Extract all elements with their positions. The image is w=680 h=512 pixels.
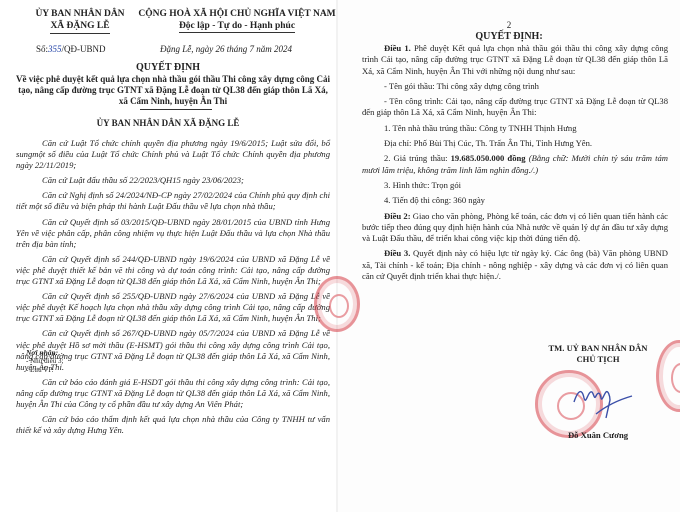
article-2: Điều 2: Giao cho văn phòng, Phòng kế toá… [362, 211, 668, 245]
signature-block: TM. UỶ BAN NHÂN DÂN CHỦ TỊCH [528, 343, 668, 365]
winning-price: 2. Giá trúng thầu: 19.685.050.000 đồng (… [362, 153, 668, 176]
package-name: - Tên gói thầu: Thi công xây dựng công t… [362, 81, 668, 92]
number-value: 355 [48, 44, 62, 54]
article-1: Điều 1. Phê duyệt Kết quả lựa chọn nhà t… [362, 43, 668, 77]
recipient-item: - Lưu VP. [26, 366, 63, 375]
article-1-label: Điều 1. [384, 43, 411, 53]
recipient-item: - Như điều 3; [26, 357, 63, 366]
basis-item: Căn cứ Nghị định số 24/2024/NĐ-CP ngày 2… [16, 190, 330, 212]
document-title: QUYẾT ĐỊNH [0, 62, 336, 73]
basis-item: Căn cứ Luật Tổ chức chính quyền địa phươ… [16, 138, 330, 171]
basis-item: Căn cứ báo cáo thẩm định kết quả lựa chọ… [16, 414, 330, 436]
document-subject: Về việc phê duyệt kết quả lựa chọn nhà t… [14, 74, 332, 107]
decision-number: Số:355/QĐ-UBND [36, 44, 106, 54]
number-prefix: Số: [36, 44, 48, 54]
price-label: 2. Giá trúng thầu: [384, 153, 451, 163]
basis-item: Căn cứ báo cáo đánh giá E-HSDT gói thầu … [16, 377, 330, 410]
winning-contractor: 1. Tên nhà thầu trúng thầu: Công ty TNHH… [362, 123, 668, 134]
issuer-header: ỦY BAN NHÂN DÂN XÃ ĐẶNG LỄ [20, 8, 140, 34]
price-value: 19.685.050.000 đồng [451, 153, 526, 163]
sign-organization: TM. UỶ BAN NHÂN DÂN [528, 343, 668, 354]
contract-form: 3. Hình thức: Trọn gói [362, 180, 668, 191]
decision-body: Điều 1. Phê duyệt Kết quả lựa chọn nhà t… [362, 43, 668, 286]
basis-item: Căn cứ Quyết định số 244/QĐ-UBND ngày 19… [16, 254, 330, 287]
project-name: - Tên công trình: Cải tạo, nâng cấp đườn… [362, 96, 668, 119]
national-header: CỘNG HOÀ XÃ HỘI CHỦ NGHĨA VIỆT NAM Độc l… [138, 8, 336, 33]
issuer-line-1: ỦY BAN NHÂN DÂN [20, 8, 140, 20]
sign-title: CHỦ TỊCH [528, 354, 668, 365]
signature-icon [566, 380, 636, 420]
national-title: CỘNG HOÀ XÃ HỘI CHỦ NGHĨA VIỆT NAM [138, 8, 336, 20]
issuer-line-2: XÃ ĐẶNG LỄ [50, 20, 109, 34]
signer-name: Đỗ Xuân Cương [528, 430, 668, 440]
subject-divider [140, 109, 212, 110]
page-number: 2 [338, 20, 680, 30]
article-2-label: Điều 2: [384, 211, 411, 221]
document-page-1: ỦY BAN NHÂN DÂN XÃ ĐẶNG LỄ CỘNG HOÀ XÃ H… [0, 0, 336, 512]
issuing-authority: ỦY BAN NHÂN DÂN XÃ ĐẶNG LỄ [0, 118, 336, 128]
article-3: Điều 3. Quyết định này có hiệu lực từ ng… [362, 248, 668, 282]
basis-item: Căn cứ Quyết định số 03/2015/QĐ-UBND ngà… [16, 217, 330, 250]
article-3-label: Điều 3. [384, 248, 410, 258]
recipients-block: Nơi nhận: - Như điều 3; - Lưu VP. [26, 348, 63, 375]
national-motto: Độc lập - Tự do - Hạnh phúc [179, 20, 295, 33]
basis-item: Căn cứ Luật đấu thầu số 22/2023/QH15 ngà… [16, 175, 330, 186]
recipients-heading: Nơi nhận: [26, 348, 63, 357]
basis-item: Căn cứ Quyết định số 255/QĐ-UBND ngày 27… [16, 291, 330, 324]
construction-duration: 4. Tiến độ thi công: 360 ngày [362, 195, 668, 206]
decision-heading: QUYẾT ĐỊNH: [338, 31, 680, 42]
red-seal-icon [314, 276, 360, 332]
legal-basis: Căn cứ Luật Tổ chức chính quyền địa phươ… [16, 138, 330, 440]
number-suffix: /QĐ-UBND [62, 44, 106, 54]
issue-date: Đặng Lễ, ngày 26 tháng 7 năm 2024 [160, 44, 292, 54]
contractor-address: Địa chỉ: Phố Bùi Thị Cúc, Th. Trấn Ân Th… [362, 138, 668, 149]
